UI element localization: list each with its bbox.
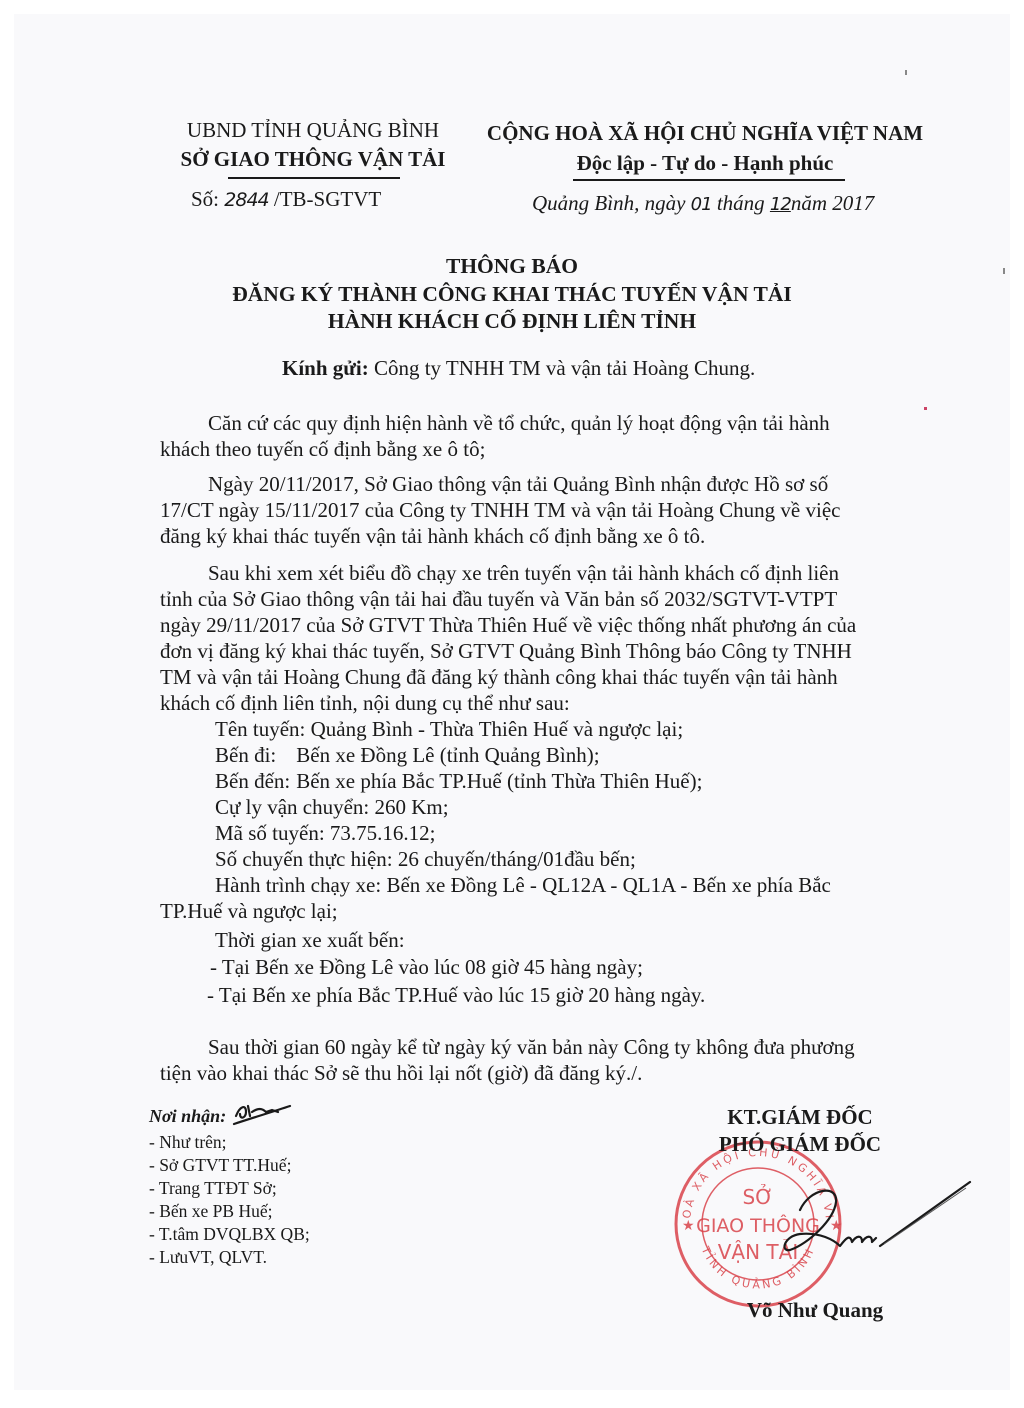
issue-date-month-label: tháng <box>717 191 765 215</box>
document-title-line-2: HÀNH KHÁCH CỐ ĐỊNH LIÊN TỈNH <box>0 309 1024 334</box>
recipient-item: - T.tâm DVQLBX QB; <box>149 1223 310 1246</box>
signatory-on-behalf: KT.GIÁM ĐỐC <box>680 1105 920 1130</box>
nation-name: CỘNG HOÀ XÃ HỘI CHỦ NGHĨA VIỆT NAM <box>480 121 930 146</box>
svg-text:★: ★ <box>682 1219 695 1234</box>
recipient-name: Công ty TNHH TM và vận tải Hoàng Chung. <box>374 356 755 380</box>
document-number-suffix: /TB-SGTVT <box>274 187 381 211</box>
issuing-authority: UBND TỈNH QUẢNG BÌNH <box>168 118 458 143</box>
motto-underline <box>573 179 845 181</box>
itinerary-line-1: Hành trình chạy xe: Bến xe Đồng Lê - QL1… <box>215 872 831 898</box>
paragraph-3-line-3: ngày 29/11/2017 của Sở GTVT Thừa Thiên H… <box>160 612 856 638</box>
signatory-name: Võ Như Quang <box>690 1298 940 1323</box>
recipient-item: - Bến xe PB Huế; <box>149 1200 272 1223</box>
recipients-label: Nơi nhận: <box>149 1106 226 1127</box>
departure-label: Bến đi: <box>215 743 276 767</box>
paragraph-3-line-6: khách cố định liên tỉnh, nội dung cụ thể… <box>160 690 570 716</box>
transport-distance: Cự ly vận chuyển: 260 Km; <box>215 794 449 820</box>
document-number: Số: 2844 /TB-SGTVT <box>191 187 381 212</box>
department-underline <box>228 177 400 179</box>
signatory-position: PHÓ GIÁM ĐỐC <box>680 1132 920 1157</box>
initials-scribble-icon <box>232 1098 292 1128</box>
recipient-item: - LưuVT, QLVT. <box>149 1246 267 1269</box>
trip-count: Số chuyến thực hiện: 26 chuyến/tháng/01đ… <box>215 846 636 872</box>
paragraph-2-line-1: Ngày 20/11/2017, Sở Giao thông vận tải Q… <box>208 471 828 497</box>
issue-date-month: 12 <box>770 194 791 215</box>
document-title-line-1: ĐĂNG KÝ THÀNH CÔNG KHAI THÁC TUYẾN VẬN T… <box>0 282 1024 307</box>
route-name: Tên tuyến: Quảng Bình - Thừa Thiên Huế v… <box>215 716 683 742</box>
paragraph-2-line-3: đăng ký khai thác tuyến vận tải hành khá… <box>160 523 705 549</box>
itinerary-line-2: TP.Huế và ngược lại; <box>160 898 338 924</box>
schedule-label: Thời gian xe xuất bến: <box>215 927 405 953</box>
document-type: THÔNG BÁO <box>0 254 1024 279</box>
recipient-item: - Như trên; <box>149 1131 227 1154</box>
national-motto: Độc lập - Tự do - Hạnh phúc <box>480 151 930 176</box>
route-code: Mã số tuyến: 73.75.16.12; <box>215 820 436 846</box>
paragraph-3-line-5: TM và vận tải Hoàng Chung đã đăng ký thà… <box>160 664 838 690</box>
issue-date-place: Quảng Bình, ngày <box>532 191 685 215</box>
recipient-label: Kính gửi: <box>282 356 369 380</box>
paragraph-3-line-2: tỉnh của Sở Giao thông vận tải hai đầu t… <box>160 586 837 612</box>
issue-date-day: 01 <box>691 194 712 215</box>
departure-value: Bến xe Đồng Lê (tỉnh Quảng Bình); <box>296 743 599 767</box>
handwritten-signature-icon <box>780 1180 980 1270</box>
issuing-department: SỞ GIAO THÔNG VẬN TẢI <box>168 147 458 172</box>
arrival-label: Bến đến: <box>215 769 290 793</box>
schedule-dong-le: - Tại Bến xe Đồng Lê vào lúc 08 giờ 45 h… <box>210 954 643 980</box>
paragraph-3-line-1: Sau khi xem xét biểu đồ chạy xe trên tuy… <box>208 560 839 586</box>
issue-date: Quảng Bình, ngày 01 tháng 12năm 2017 <box>532 191 874 216</box>
scan-speck <box>924 407 927 410</box>
document-number-prefix: Số: <box>191 187 219 211</box>
paragraph-3-line-4: đơn vị đăng ký khai thác tuyến, Sở GTVT … <box>160 638 852 664</box>
paragraph-2-line-2: 17/CT ngày 15/11/2017 của Công ty TNHH T… <box>160 497 840 523</box>
paragraph-4-line-2: tiện vào khai thác Sở sẽ thu hồi lại nốt… <box>160 1060 642 1086</box>
document-number-handwritten: 2844 <box>224 189 268 211</box>
departure-station: Bến đi:Bến xe Đồng Lê (tỉnh Quảng Bình); <box>215 742 600 768</box>
scan-speck <box>905 70 907 75</box>
arrival-value: Bến xe phía Bắc TP.Huế (tỉnh Thừa Thiên … <box>296 769 702 793</box>
arrival-station: Bến đến:Bến xe phía Bắc TP.Huế (tỉnh Thừ… <box>215 768 702 794</box>
svg-text:SỞ: SỞ <box>743 1184 774 1209</box>
recipient-item: - Trang TTĐT Sở; <box>149 1177 277 1200</box>
paragraph-1-line-2: khách theo tuyến cố định bằng xe ô tô; <box>160 436 485 462</box>
recipients-label-text: Nơi nhận: <box>149 1106 226 1126</box>
recipient-line: Kính gửi: Công ty TNHH TM và vận tải Hoà… <box>282 356 755 381</box>
schedule-hue: - Tại Bến xe phía Bắc TP.Huế vào lúc 15 … <box>207 982 705 1008</box>
paragraph-4-line-1: Sau thời gian 60 ngày kể từ ngày ký văn … <box>208 1034 855 1060</box>
issue-date-year: năm 2017 <box>791 191 874 215</box>
recipient-item: - Sở GTVT TT.Huế; <box>149 1154 291 1177</box>
paragraph-1-line-1: Căn cứ các quy định hiện hành về tổ chức… <box>208 410 830 436</box>
